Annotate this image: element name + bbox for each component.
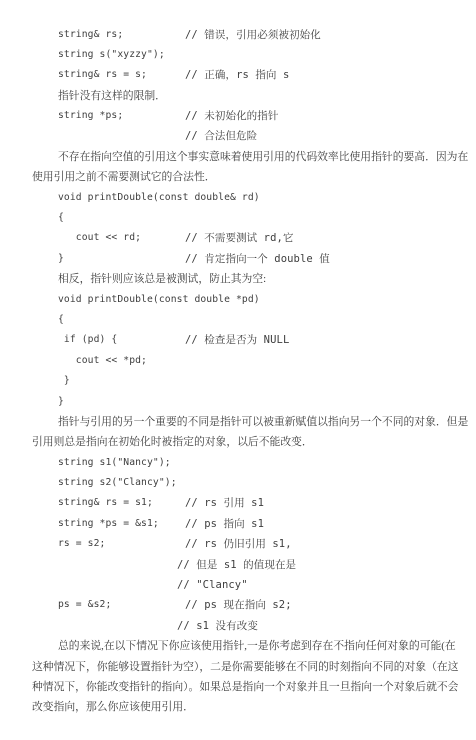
code-comment: // ps 指向 s1: [185, 518, 264, 530]
code-line: void printDouble(const double& rd): [32, 188, 468, 208]
paragraph-line: 引用则总是指向在初始化时被指定的对象，以后不能改变．: [32, 432, 468, 452]
code-comment: // 合法但危险: [185, 130, 257, 142]
paragraph-line: 种情况下，你能改变指针的指向）。如果总是指向一个对象并且一旦指向一个对象后就不会: [32, 677, 468, 697]
code-line: ps = &s2;// ps 现在指向 s2;: [32, 595, 468, 615]
inline-text: 相反，指针则应该总是被测试，防止其为空:: [58, 273, 266, 285]
comment-only-line: // 合法但危险: [32, 126, 468, 146]
code-text: string& rs;: [58, 25, 185, 45]
code-line: }: [32, 371, 468, 391]
code-text: }: [58, 249, 185, 269]
code-line: string s1("Nancy");: [32, 453, 468, 473]
comment-only-line: // s1 没有改变: [32, 616, 468, 636]
paragraph-line: 不存在指向空值的引用这个事实意味着使用引用的代码效率比使用指针的要高．因为在: [32, 147, 468, 167]
paragraph-line: 改变指向，那么你应该使用引用．: [32, 697, 468, 717]
code-line: cout << rd;// 不需要测试 rd,它: [32, 228, 468, 248]
paragraph-text: 不存在指向空值的引用这个事实意味着使用引用的代码效率比使用指针的要高．因为在: [58, 151, 468, 163]
code-text: string s1("Nancy");: [58, 453, 185, 473]
code-comment: // 检查是否为 NULL: [185, 334, 289, 346]
code-text: cout << *pd;: [58, 351, 185, 371]
comment-only-line: // "Clancy": [32, 575, 468, 595]
code-comment: // 正确，rs 指向 s: [185, 69, 289, 81]
code-line: }// 肯定指向一个 double 值: [32, 249, 468, 269]
code-line: string s("xyzzy");: [32, 45, 468, 65]
paragraph-text: 引用则总是指向在初始化时被指定的对象，以后不能改变．: [32, 436, 313, 448]
inline-text-line: 指针没有这样的限制．: [32, 86, 468, 106]
code-line: {: [32, 310, 468, 330]
paragraph-text: 改变指向，那么你应该使用引用．: [32, 701, 194, 713]
paragraph-text: 指针与引用的另一个重要的不同是指针可以被重新赋值以指向另一个不同的对象．但是: [58, 416, 468, 428]
code-text: }: [58, 392, 185, 412]
code-text: string *ps = &s1;: [58, 514, 185, 534]
inline-text: 指针没有这样的限制．: [58, 90, 166, 102]
paragraph-line: 总的来说,在以下情况下你应该使用指针,一是你考虑到存在不指向任何对象的可能(在: [32, 636, 468, 656]
document-page: string& rs;// 错误，引用必须被初始化 string s("xyzz…: [0, 0, 476, 740]
code-text: {: [58, 208, 185, 228]
code-text: void printDouble(const double& rd): [58, 188, 260, 208]
comment-only-line: // 但是 s1 的值现在是: [32, 555, 468, 575]
inline-text-line: 相反，指针则应该总是被测试，防止其为空:: [32, 269, 468, 289]
code-line: rs = s2;// rs 仍旧引用 s1,: [32, 534, 468, 554]
code-text: string *ps;: [58, 106, 185, 126]
code-comment: // 不需要测试 rd,它: [185, 232, 294, 244]
code-line: string& rs;// 错误，引用必须被初始化: [32, 25, 468, 45]
code-line: {: [32, 208, 468, 228]
paragraph-text: 种情况下，你能改变指针的指向）。如果总是指向一个对象并且一旦指向一个对象后就不会: [32, 681, 458, 693]
code-text: cout << rd;: [58, 228, 185, 248]
code-text: {: [58, 310, 185, 330]
code-comment: // 错误，引用必须被初始化: [185, 29, 321, 41]
code-comment: // 肯定指向一个 double 值: [185, 253, 330, 265]
code-line: string& rs = s;// 正确，rs 指向 s: [32, 65, 468, 85]
paragraph-line: 使用引用之前不需要测试它的合法性．: [32, 167, 468, 187]
code-comment: // ps 现在指向 s2;: [185, 599, 292, 611]
code-comment: // rs 仍旧引用 s1,: [185, 538, 292, 550]
code-comment: // s1 没有改变: [177, 620, 258, 632]
code-line: cout << *pd;: [32, 351, 468, 371]
code-text: if (pd) {: [58, 330, 185, 350]
code-text: void printDouble(const double *pd): [58, 290, 260, 310]
code-line: }: [32, 392, 468, 412]
code-line: string *ps;// 未初始化的指针: [32, 106, 468, 126]
code-line: void printDouble(const double *pd): [32, 290, 468, 310]
code-text: string& rs = s;: [58, 65, 185, 85]
code-line: if (pd) {// 检查是否为 NULL: [32, 330, 468, 350]
code-text: string s2("Clancy");: [58, 473, 185, 493]
paragraph-line: 指针与引用的另一个重要的不同是指针可以被重新赋值以指向另一个不同的对象．但是: [32, 412, 468, 432]
code-text: string s("xyzzy");: [58, 45, 185, 65]
paragraph-text: 总的来说,在以下情况下你应该使用指针,一是你考虑到存在不指向任何对象的可能(在: [58, 640, 456, 652]
code-comment: // "Clancy": [177, 579, 248, 591]
code-text: string& rs = s1;: [58, 493, 185, 513]
code-line: string s2("Clancy");: [32, 473, 468, 493]
code-line: string *ps = &s1;// ps 指向 s1: [32, 514, 468, 534]
code-text: }: [58, 371, 185, 391]
code-text: rs = s2;: [58, 534, 185, 554]
code-line: string& rs = s1;// rs 引用 s1: [32, 493, 468, 513]
code-comment: // rs 引用 s1: [185, 497, 264, 509]
code-comment: // 未初始化的指针: [185, 110, 278, 122]
code-text: ps = &s2;: [58, 595, 185, 615]
code-comment: // 但是 s1 的值现在是: [177, 559, 296, 571]
paragraph-text: 使用引用之前不需要测试它的合法性．: [32, 171, 216, 183]
paragraph-line: 这种情况下，你能够设置指针为空），二是你需要能够在不同的时刻指向不同的对象（在这: [32, 657, 468, 677]
paragraph-text: 这种情况下，你能够设置指针为空），二是你需要能够在不同的时刻指向不同的对象（在这: [32, 661, 458, 673]
